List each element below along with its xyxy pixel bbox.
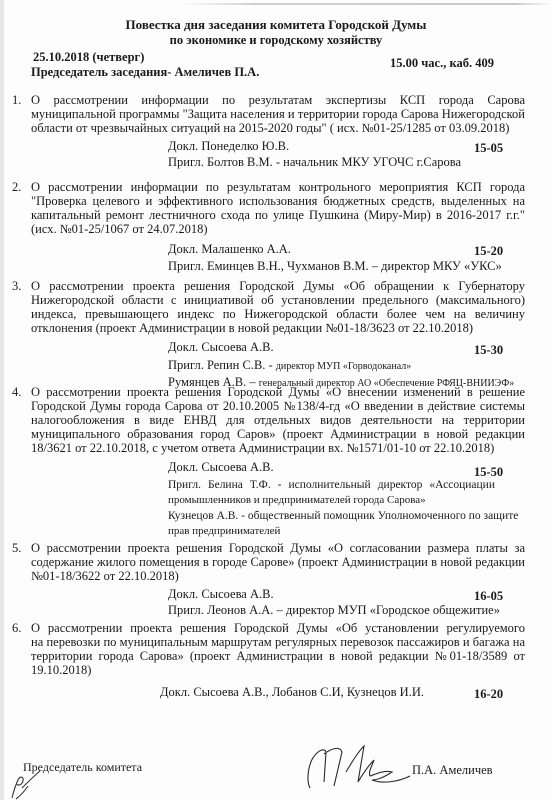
agenda-item-4: 4. О рассмотрении проекта решения Городс… [0,385,552,530]
item-speaker: Докл. Сысоева А.В. [168,340,274,354]
agenda-item-1: 1. О рассмотрении информации по результа… [0,93,552,173]
item-description: О рассмотрении информации по результатам… [31,180,525,236]
agenda-item-5: 5. О рассмотрении проекта решения Городс… [0,541,552,621]
item-line: (исх. №01-25/1067 от 24.07.2018) [31,222,525,236]
item-line: 18/3621 от 22.10.2018, с учетом ответа А… [31,441,525,455]
item-time: 15-05 [474,141,503,155]
item-line: О рассмотрении проекта решения Городской… [31,541,525,555]
meeting-chair: Председатель заседания- Амеличев П.А. [31,65,259,80]
item-invited-2-cont: прав предпринимателей [168,524,280,538]
item-invited-1: Пригл. Репин С.В. - директор МУП «Горвод… [168,358,411,374]
meeting-time-room: 15.00 час., каб. 409 [390,56,494,71]
item-invited-2: Кузнецов А.В. - общественный помощник Уп… [168,509,518,523]
item-invited: Пригл. Леонов А.А. – директор МУП «Город… [168,603,500,617]
item-line: области от чрезвычайных ситуаций на 2015… [31,121,525,135]
agenda-item-3: 3. О рассмотрении проекта решения Городс… [0,279,552,379]
item-speaker: Докл. Сысоева А.В., Лобанов С.И, Кузнецо… [160,685,424,699]
agenda-item-2: 2. О рассмотрении информации по результа… [0,180,552,270]
item-line: муниципальной программы "Защита населени… [31,107,525,121]
item-line: муниципального образования город Саров» … [31,427,525,441]
item-line: О рассмотрении информации по результатам… [31,93,525,107]
initials-icon [8,768,48,800]
item-speaker: Докл. Понеделко Ю.В. [168,139,289,153]
item-description: О рассмотрении проекта решения Городской… [31,621,525,677]
item-line: содержание жилого помещения в городе Сар… [31,555,525,569]
scan-top-shadow [180,3,552,5]
item-line: капитальный ремонт лестничного схода по … [31,208,525,222]
item-invited: Пригл. Еминцев В.Н., Чухманов В.М. – дир… [168,259,502,273]
item-number: 1. [12,93,21,107]
invited-name: Пригл. Репин С.В. - [168,358,276,372]
signature-icon [302,742,412,792]
item-number: 6. [12,621,21,635]
item-line: О рассмотрении информации по результатам… [31,180,525,194]
invited-role: директор МУП «Горводоканал» [276,361,411,372]
item-line: О рассмотрении проекта решения Городской… [31,385,525,399]
item-invited-cont: промышленников и предпринимателей города… [168,493,426,507]
item-description: О рассмотрении проекта решения Городской… [31,385,525,455]
agenda-item-6: 6. О рассмотрении проекта решения Городс… [0,621,552,701]
item-speaker: Докл. Сысоева А.В. [168,460,274,474]
item-line: О рассмотрении проекта решения Городской… [31,621,525,635]
item-time: 16-05 [474,589,503,603]
item-line: на перевозки по муниципальным маршрутам … [31,635,525,649]
item-number: 2. [12,180,21,194]
item-time: 16-20 [474,687,503,701]
item-time: 15-50 [474,465,503,479]
item-line: О рассмотрении проекта решения Городской… [31,279,525,293]
item-line: №01-18/3622 от 22.10.2018) [31,569,525,583]
document-title-line2: по экономике и городскому хозяйству [0,33,552,48]
item-speaker: Докл. Сысоева А.В. [168,587,274,601]
item-time: 15-30 [474,343,503,357]
item-line: индекса, превышающего индекс по Нижегоро… [31,307,525,321]
item-number: 4. [12,385,21,399]
meeting-date: 25.10.2018 (четверг) [33,50,144,65]
item-line: отклонения (проект Администрации в новой… [31,321,525,335]
item-number: 3. [12,279,21,293]
document-title-line1: Повестка дня заседания комитета Городско… [0,17,552,33]
document-page: Повестка дня заседания комитета Городско… [0,0,552,800]
committee-chair-name: П.А. Амеличев [412,763,493,778]
item-speaker: Докл. Малашенко А.А. [168,242,291,256]
item-number: 5. [12,541,21,555]
item-description: О рассмотрении информации по результатам… [31,93,525,135]
item-line: "Проверка целевого и эффективного исполь… [31,194,525,208]
item-line: налогообложения в виде ЕНВД для отдельны… [31,413,525,427]
item-description: О рассмотрении проекта решения Городской… [31,541,525,583]
item-invited: Пригл. Белина Т.Ф. - исполнительный дире… [168,478,495,492]
item-line: 19.10.2018) [31,663,525,677]
item-line: Нижегородской области с инициативой об у… [31,293,525,307]
item-time: 15-20 [474,244,503,258]
item-description: О рассмотрении проекта решения Городской… [31,279,525,335]
item-line: территории города Сарова» (проект Админи… [31,649,525,663]
item-invited: Пригл. Болтов В.М. - начальник МКУ УГОЧС… [168,155,461,169]
item-line: Городской Думы города Сарова от 20.10.20… [31,399,525,413]
